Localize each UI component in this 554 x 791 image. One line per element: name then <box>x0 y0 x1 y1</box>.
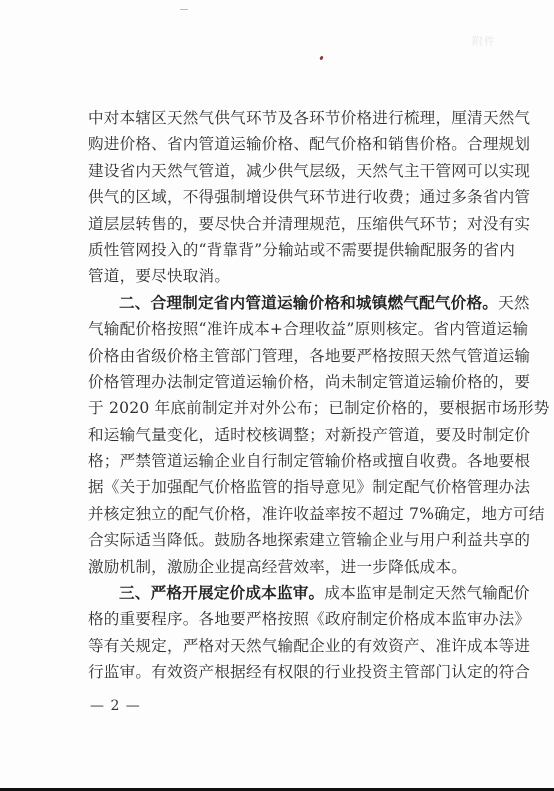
section-heading-3: 三、严格开展定价成本监审。 <box>119 584 324 602</box>
heading-tail: 天然 <box>498 294 530 312</box>
bleed-through-text: 附件 <box>472 33 496 49</box>
text-line: 合实际适当降低。鼓励各地探索建立管输企业与用户利益共享的 <box>88 527 488 553</box>
text-line: 格的重要程序。各地要严格按照《政府制定价格成本监审办法》 <box>88 606 488 632</box>
ink-dot <box>319 56 324 61</box>
text-line: 质性管网投入的“背靠背”分输站或不需要提供输配服务的省内 <box>88 237 488 263</box>
document-body: 中对本辖区天然气供气环节及各环节价格进行梳理，厘清天然气 购进价格、省内管道运输… <box>88 105 488 686</box>
page-number: — 2 — <box>90 698 141 714</box>
text-line: 和运输气量变化，适时校核调整；对新投产管道，要及时制定价 <box>88 422 488 448</box>
section-heading-line: 三、严格开展定价成本监审。成本监审是制定天然气输配价 <box>88 580 488 606</box>
text-line: 激励机制，激励企业提高经营效率，进一步降低成本。 <box>88 554 488 580</box>
text-line: 气输配价格按照“准许成本+合理收益”原则核定。省内管道运输 <box>88 316 488 342</box>
text-line: 管道，要尽快取消。 <box>88 263 488 289</box>
paragraph-2: 二、合理制定省内管道运输价格和城镇燃气配气价格。天然 气输配价格按照“准许成本+… <box>88 290 488 580</box>
text-line: 供气的区域，不得强制增设供气环节进行收费；通过多条省内管 <box>88 184 488 210</box>
text-line: 据《关于加强配气价格监管的指导意见》制定配气价格管理办法 <box>88 474 488 500</box>
text-line: 并核定独立的配气价格，准许收益率按不超过 7%确定，地方可结 <box>88 501 488 527</box>
text-line: 等有关规定，严格对天然气输配企业的有效资产、准许成本等进 <box>88 633 488 659</box>
heading-tail: 成本监审是制定天然气输配价 <box>324 584 529 602</box>
text-line: 于 2020 年底前制定并对外公布；已制定价格的，要根据市场形势 <box>88 395 488 421</box>
text-line: 价格由省级价格主管部门管理，各地要严格按照天然气管道运输 <box>88 343 488 369</box>
text-line: 中对本辖区天然气供气环节及各环节价格进行梳理，厘清天然气 <box>88 105 488 131</box>
text-line: 道层层转售的，要尽快合并清理规范，压缩供气环节；对没有实 <box>88 211 488 237</box>
text-line: 格；严禁管道运输企业自行制定管输价格或擅自收费。各地要根 <box>88 448 488 474</box>
text-line: 建设省内天然气管道，减少供气层级，天然气主干管网可以实现 <box>88 158 488 184</box>
paragraph-3: 三、严格开展定价成本监审。成本监审是制定天然气输配价 格的重要程序。各地要严格按… <box>88 580 488 686</box>
section-heading-2: 二、合理制定省内管道运输价格和城镇燃气配气价格。 <box>119 294 498 312</box>
section-heading-line: 二、合理制定省内管道运输价格和城镇燃气配气价格。天然 <box>88 290 488 316</box>
scan-artifact <box>180 9 188 10</box>
document-page: 附件 中对本辖区天然气供气环节及各环节价格进行梳理，厘清天然气 购进价格、省内管… <box>0 0 554 788</box>
text-line: 行监审。有效资产根据经有权限的行业投资主管部门认定的符合 <box>88 659 488 685</box>
text-line: 价格管理办法制定管道运输价格，尚未制定管道运输价格的，要 <box>88 369 488 395</box>
text-line: 购进价格、省内管道运输价格、配气价格和销售价格。合理规划 <box>88 131 488 157</box>
paragraph-1: 中对本辖区天然气供气环节及各环节价格进行梳理，厘清天然气 购进价格、省内管道运输… <box>88 105 488 290</box>
